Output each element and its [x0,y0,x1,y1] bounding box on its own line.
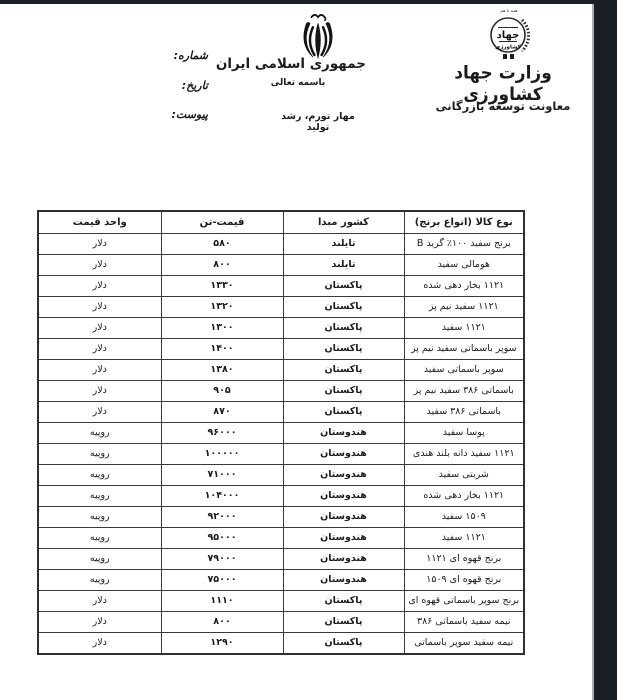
col-header-price: قیمت-تن [161,211,283,234]
unit-cell: دلار [38,360,161,381]
unit-cell: دلار [38,612,161,633]
table-row: شربتی سفیدهندوستان۷۱۰۰۰روپیه [38,465,524,486]
year-slogan: مهار تورم، رشد تولید [270,111,366,133]
product-cell: ۱۱۲۱ بخار دهی شده [404,486,524,507]
country-cell: هندوستان [283,528,404,549]
unit-cell: دلار [38,381,161,402]
product-cell: برنج قهوه ای ۱۵۰۹ [404,570,524,591]
country-cell: پاکستان [283,591,404,612]
price-cell: ۷۵۰۰۰ [161,570,283,591]
unit-cell: روپیه [38,528,161,549]
product-cell: ۱۱۲۱ سفید نیم پز [404,297,524,318]
seal-top-text: همه با هم [501,8,518,13]
product-cell: برنج سوپر باسماتی قهوه ای [404,591,524,612]
table-row: باسماتی ۳۸۶ سفیدپاکستان۸۷۰دلار [38,402,524,423]
rice-price-table: نوع کالا (انواع برنج) کشور مبدا قیمت-تن … [37,210,525,655]
unit-cell: روپیه [38,444,161,465]
price-cell: ۷۱۰۰۰ [161,465,283,486]
table-row: ۱۱۲۱ سفید دانه بلند هندیهندوستان۱۰۰۰۰۰رو… [38,444,524,465]
country-cell: تایلند [283,234,404,255]
product-cell: برنج قهوه ای ۱۱۲۱ [404,549,524,570]
price-cell: ۹۲۰۰۰ [161,507,283,528]
country-cell: هندوستان [283,486,404,507]
table-row: برنج سفید ۱۰۰٪ گرید Bتایلند۵۸۰دلار [38,234,524,255]
unit-cell: روپیه [38,465,161,486]
product-cell: ۱۱۲۱ بخار دهی شده [404,276,524,297]
table-row: برنج قهوه ای ۱۵۰۹هندوستان۷۵۰۰۰روپیه [38,570,524,591]
price-cell: ۸۰۰ [161,255,283,276]
price-cell: ۷۹۰۰۰ [161,549,283,570]
table-row: برنج قهوه ای ۱۱۲۱هندوستان۷۹۰۰۰روپیه [38,549,524,570]
country-cell: پاکستان [283,318,404,339]
unit-cell: دلار [38,591,161,612]
table-row: ۱۱۲۱ سفیدپاکستان۱۳۰۰دلار [38,318,524,339]
price-cell: ۱۰۰۰۰۰ [161,444,283,465]
table-row: ۱۱۲۱ سفید نیم پزپاکستان۱۳۲۰دلار [38,297,524,318]
price-cell: ۹۶۰۰۰ [161,423,283,444]
table-row: نیمه سفید باسماتی ۳۸۶پاکستان۸۰۰دلار [38,612,524,633]
table-row: سوپر باسماتی سفید نیم پزپاکستان۱۴۰۰دلار [38,339,524,360]
product-cell: ۱۱۲۱ سفید دانه بلند هندی [404,444,524,465]
price-cell: ۱۴۰۰ [161,339,283,360]
unit-cell: دلار [38,255,161,276]
product-cell: نیمه سفید سوپر باسماتی [404,633,524,655]
product-cell: ۱۱۲۱ سفید [404,318,524,339]
product-cell: باسماتی ۳۸۶ سفید نیم پز [404,381,524,402]
country-cell: پاکستان [283,633,404,655]
price-cell: ۹۰۵ [161,381,283,402]
unit-cell: دلار [38,297,161,318]
seal-line1: جهاد [497,30,520,41]
document-page: همه با هم جهاد کشاورزی وزارت جهاد کشاورز… [0,4,594,700]
country-cell: هندوستان [283,465,404,486]
unit-cell: دلار [38,276,161,297]
unit-cell: روپیه [38,507,161,528]
country-cell: پاکستان [283,339,404,360]
unit-cell: دلار [38,318,161,339]
price-cell: ۵۸۰ [161,234,283,255]
col-header-product: نوع کالا (انواع برنج) [404,211,524,234]
unit-cell: دلار [38,633,161,655]
country-cell: هندوستان [283,444,404,465]
table-row: نیمه سفید سوپر باسماتیپاکستان۱۲۹۰دلار [38,633,524,655]
col-header-unit: واحد قیمت [38,211,161,234]
unit-cell: روپیه [38,423,161,444]
col-header-country: کشور مبدا [283,211,404,234]
price-cell: ۸۰۰ [161,612,283,633]
price-cell: ۹۵۰۰۰ [161,528,283,549]
unit-cell: دلار [38,339,161,360]
table-row: پوسا سفیدهندوستان۹۶۰۰۰روپیه [38,423,524,444]
date-field-label: تاریخ: [144,79,208,92]
number-field-label: شماره: [144,49,208,62]
price-cell: ۱۲۹۰ [161,633,283,655]
unit-cell: دلار [38,402,161,423]
price-table-body: برنج سفید ۱۰۰٪ گرید Bتایلند۵۸۰دلارهومالی… [38,234,524,655]
country-cell: پاکستان [283,381,404,402]
product-cell: سوپر باسماتی سفید نیم پز [404,339,524,360]
price-cell: ۱۳۸۰ [161,360,283,381]
country-cell: پاکستان [283,297,404,318]
bismillah-text: باسمه تعالی [260,78,336,88]
country-cell: هندوستان [283,549,404,570]
country-cell: تایلند [283,255,404,276]
product-cell: پوسا سفید [404,423,524,444]
ministry-subtitle: معاونت توسعه بازرگانی [428,99,578,113]
price-cell: ۱۱۱۰ [161,591,283,612]
table-row: باسماتی ۳۸۶ سفید نیم پزپاکستان۹۰۵دلار [38,381,524,402]
country-cell: هندوستان [283,423,404,444]
country-cell: هندوستان [283,570,404,591]
table-header-row: نوع کالا (انواع برنج) کشور مبدا قیمت-تن … [38,211,524,234]
table-row: ۱۱۲۱ بخار دهی شدهپاکستان۱۳۳۰دلار [38,276,524,297]
country-cell: پاکستان [283,402,404,423]
scanned-letter-screenshot: { "colors":{ "frame_bg":"#1a1f26", "page… [0,0,617,700]
country-cell: پاکستان [283,276,404,297]
table-row: برنج سوپر باسماتی قهوه ایپاکستان۱۱۱۰دلار [38,591,524,612]
unit-cell: روپیه [38,549,161,570]
product-cell: برنج سفید ۱۰۰٪ گرید B [404,234,524,255]
product-cell: هومالی سفید [404,255,524,276]
iran-national-emblem-icon [296,12,340,60]
table-row: ۱۱۲۱ بخار دهی شدههندوستان۱۰۴۰۰۰روپیه [38,486,524,507]
product-cell: باسماتی ۳۸۶ سفید [404,402,524,423]
product-cell: نیمه سفید باسماتی ۳۸۶ [404,612,524,633]
price-cell: ۱۳۲۰ [161,297,283,318]
unit-cell: روپیه [38,570,161,591]
unit-cell: دلار [38,234,161,255]
seal-line2: کشاورزی [495,44,521,51]
republic-title: جمهوری اسلامی ایران [230,56,366,72]
price-cell: ۱۳۰۰ [161,318,283,339]
country-cell: پاکستان [283,612,404,633]
table-row: سوپر باسماتی سفیدپاکستان۱۳۸۰دلار [38,360,524,381]
table-row: ۱۵۰۹ سفیدهندوستان۹۲۰۰۰روپیه [38,507,524,528]
product-cell: ۱۱۲۱ سفید [404,528,524,549]
country-cell: هندوستان [283,507,404,528]
price-cell: ۱۰۴۰۰۰ [161,486,283,507]
product-cell: شربتی سفید [404,465,524,486]
product-cell: ۱۵۰۹ سفید [404,507,524,528]
jahad-keshavarzi-seal: همه با هم جهاد کشاورزی [478,6,540,66]
product-cell: سوپر باسماتی سفید [404,360,524,381]
unit-cell: روپیه [38,486,161,507]
table-row: ۱۱۲۱ سفیدهندوستان۹۵۰۰۰روپیه [38,528,524,549]
attachment-field-label: پیوست: [144,108,208,121]
price-cell: ۸۷۰ [161,402,283,423]
country-cell: پاکستان [283,360,404,381]
price-cell: ۱۳۳۰ [161,276,283,297]
table-row: هومالی سفیدتایلند۸۰۰دلار [38,255,524,276]
